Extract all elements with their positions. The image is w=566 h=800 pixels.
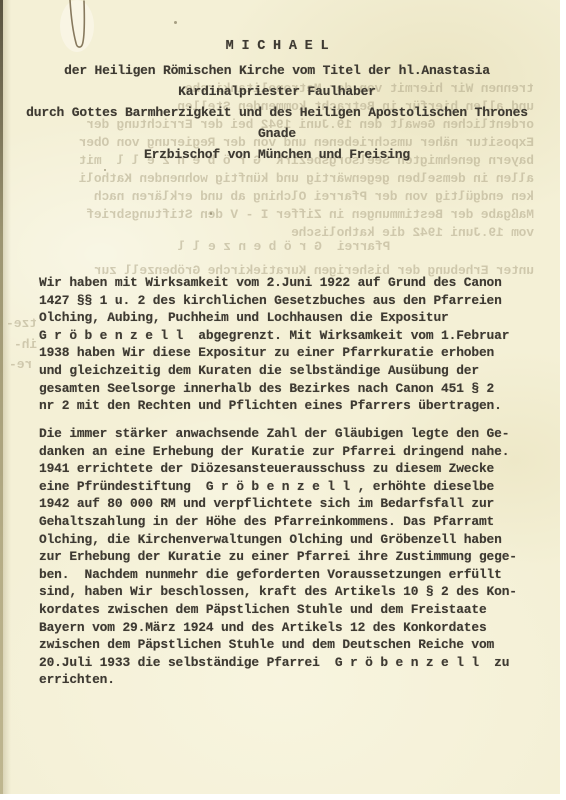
bleedthrough-line: allen in demselben gegenwärtig und künft… [34, 170, 534, 188]
letterhead-title-line: der Heiligen Römischen Kirche vom Titel … [0, 60, 554, 81]
bleedthrough-edge-fragment: re- [9, 357, 32, 372]
paragraph-decree-history: Wir haben mit Wirksamkeit vom 2.Juni 192… [39, 274, 555, 415]
ink-speck [174, 21, 177, 24]
document-page: trennen Wir hiermit von der Metropolitan… [0, 0, 560, 794]
paragraph-parish-erection: Die immer stärker anwachsende Zahl der G… [39, 425, 555, 689]
letterhead-title-line: Gnade [0, 123, 554, 144]
paper-left-edge-gradient [3, 0, 11, 794]
ink-speck [210, 212, 212, 215]
staple-mark [56, 0, 100, 58]
letterhead-title-line: Kardinalpriester Faulhaber [0, 81, 554, 102]
ink-speck [104, 169, 106, 171]
letterhead-title-line: Erzbischof von München und Freising [0, 144, 554, 165]
bleedthrough-edge-fragment: ih- [14, 337, 37, 352]
document-scan: trennen Wir hiermit von der Metropolitan… [0, 0, 566, 800]
letterhead-title-line: durch Gottes Barmherzigkeit und des Heil… [0, 102, 554, 123]
bleedthrough-line: Maßgabe der Bestimmungen in Ziffer I - V… [34, 206, 534, 224]
bleedthrough-line: ken endgültig von der Pfarrei Olching ab… [34, 188, 534, 206]
